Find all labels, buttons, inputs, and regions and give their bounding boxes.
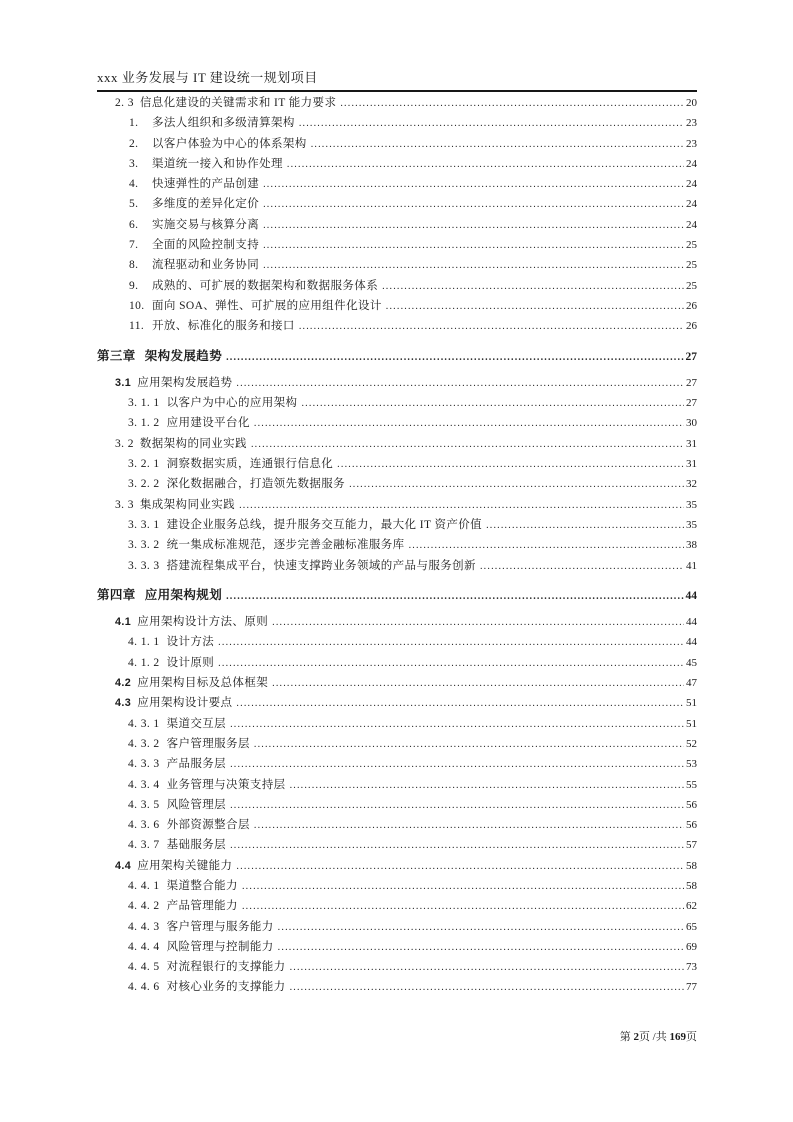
- toc-leader-dots: ........................................…: [242, 877, 684, 897]
- toc-entry-number: 4. 4. 6: [128, 977, 160, 997]
- toc-entry[interactable]: 4. 4. 4风险管理与控制能力........................…: [97, 937, 697, 957]
- toc-entry-text: 产品管理能力: [167, 896, 238, 916]
- toc-entry[interactable]: 3. 2. 2深化数据融合，打造领先数据服务..................…: [97, 474, 697, 494]
- toc-entry-number: 4.3: [115, 693, 131, 713]
- toc-entry[interactable]: 3. 2数据架构的同业实践...........................…: [97, 434, 697, 454]
- toc-leader-dots: ........................................…: [263, 216, 684, 236]
- toc-entry-number: 4. 1. 2: [128, 653, 160, 673]
- toc-leader-dots: ........................................…: [272, 674, 684, 694]
- toc-entry-text: 面向 SOA、弹性、可扩展的应用组件化设计: [152, 296, 382, 316]
- toc-entry-number: 6.: [129, 215, 150, 235]
- toc-entry[interactable]: 4. 1. 2设计原则.............................…: [97, 653, 697, 673]
- toc-entry-text: 以客户为中心的应用架构: [167, 393, 298, 413]
- toc-entry-text: 全面的风险控制支持: [152, 235, 259, 255]
- footer-total-pages: 169: [670, 1031, 687, 1043]
- toc-entry[interactable]: 6.实施交易与核算分离.............................…: [97, 215, 697, 235]
- toc-entry[interactable]: 4. 4. 6对核心业务的支撑能力.......................…: [97, 977, 697, 997]
- header-title: xxx 业务发展与 IT 建设统一规划项目: [97, 70, 318, 85]
- toc-entry[interactable]: 3.1应用架构发展趋势.............................…: [97, 373, 697, 393]
- toc-page-number: 58: [686, 856, 697, 876]
- toc-leader-dots: ........................................…: [230, 755, 684, 775]
- toc-entry-text: 信息化建设的关键需求和 IT 能力要求: [140, 93, 337, 113]
- toc-page-number: 25: [686, 235, 697, 255]
- toc-leader-dots: ........................................…: [386, 297, 684, 317]
- toc-entry-text: 风险管理层: [167, 795, 227, 815]
- toc-entry-text: 客户管理与服务能力: [167, 917, 274, 937]
- toc-entry-number: 4.: [129, 174, 150, 194]
- toc-entry-text: 搭建流程集成平台，快速支撑跨业务领域的产品与服务创新: [167, 556, 476, 576]
- toc-entry-text: 应用架构目标及总体框架: [137, 673, 268, 693]
- toc-leader-dots: ........................................…: [278, 918, 684, 938]
- toc-leader-dots: ........................................…: [226, 587, 683, 607]
- footer-page-middle: 页 /共: [639, 1031, 670, 1043]
- toc-leader-dots: ........................................…: [254, 735, 684, 755]
- toc-leader-dots: ........................................…: [236, 374, 684, 394]
- toc-page-number: 27: [686, 393, 697, 413]
- toc-entry[interactable]: 4.1应用架构设计方法、原则..........................…: [97, 612, 697, 632]
- toc-entry-number: 3. 3. 3: [128, 556, 160, 576]
- toc-page-number: 41: [686, 556, 697, 576]
- toc-entry-number: 3. 2: [115, 434, 134, 454]
- toc-entry[interactable]: 4. 3. 4业务管理与决策支持层.......................…: [97, 775, 697, 795]
- toc-leader-dots: ........................................…: [409, 536, 684, 556]
- toc-entry-number: 8.: [129, 255, 150, 275]
- toc-leader-dots: ........................................…: [236, 694, 684, 714]
- toc-entry-number: 4. 3. 4: [128, 775, 160, 795]
- toc-entry-number: 4. 3. 3: [128, 754, 160, 774]
- toc-entry[interactable]: 3. 3. 1建设企业服务总线，提升服务交互能力，最大化 IT 资产价值....…: [97, 515, 697, 535]
- toc-entry[interactable]: 4. 4. 2产品管理能力...........................…: [97, 896, 697, 916]
- toc-page-number: 56: [686, 815, 697, 835]
- toc-entry[interactable]: 3. 1. 1以客户为中心的应用架构......................…: [97, 393, 697, 413]
- toc-entry[interactable]: 第四章应用架构规划...............................…: [97, 585, 697, 605]
- toc-page-number: 65: [686, 917, 697, 937]
- page-header: xxx 业务发展与 IT 建设统一规划项目: [97, 67, 697, 92]
- toc-entry-text: 外部资源整合层: [167, 815, 250, 835]
- toc-page-number: 69: [686, 937, 697, 957]
- toc-entry[interactable]: 11.开放、标准化的服务和接口.........................…: [97, 316, 697, 336]
- toc-leader-dots: ........................................…: [299, 317, 684, 337]
- toc-entry-text: 应用架构关键能力: [137, 856, 232, 876]
- toc-leader-dots: ........................................…: [254, 816, 684, 836]
- toc-entry-text: 成熟的、可扩展的数据架构和数据服务体系: [152, 276, 378, 296]
- toc-entry[interactable]: 4.4应用架构关键能力.............................…: [97, 856, 697, 876]
- page-footer: 第 2页 /共 169页: [97, 1028, 697, 1044]
- toc-leader-dots: ........................................…: [278, 938, 684, 958]
- toc-entry-number: 4. 3. 1: [128, 714, 160, 734]
- toc-page-number: 51: [686, 693, 697, 713]
- toc-entry-text: 设计原则: [167, 653, 215, 673]
- toc-entry-text: 实施交易与核算分离: [152, 215, 259, 235]
- toc-entry-number: 10.: [129, 296, 150, 316]
- toc-leader-dots: ........................................…: [301, 394, 684, 414]
- toc-entry[interactable]: 4.3应用架构设计要点.............................…: [97, 693, 697, 713]
- toc-page-number: 44: [686, 612, 697, 632]
- toc-entry-number: 3. 1. 1: [128, 393, 160, 413]
- toc-entry-number: 3. 3. 1: [128, 515, 160, 535]
- toc-entry[interactable]: 3. 3. 3搭建流程集成平台，快速支撑跨业务领域的产品与服务创新.......…: [97, 556, 697, 576]
- toc-entry[interactable]: 8.流程驱动和业务协同.............................…: [97, 255, 697, 275]
- toc-entry-number: 4. 4. 4: [128, 937, 160, 957]
- toc-leader-dots: ........................................…: [230, 836, 684, 856]
- toc-entry-text: 设计方法: [167, 632, 215, 652]
- toc-entry-number: 4. 4. 2: [128, 896, 160, 916]
- toc-entry-number: 3. 1. 2: [128, 413, 160, 433]
- toc-entry-number: 4. 3. 2: [128, 734, 160, 754]
- toc-entry-text: 风险管理与控制能力: [167, 937, 274, 957]
- toc-leader-dots: ........................................…: [290, 958, 684, 978]
- toc-entry-text: 渠道统一接入和协作处理: [152, 154, 283, 174]
- toc-leader-dots: ........................................…: [263, 256, 684, 276]
- toc-entry-number: 4. 4. 5: [128, 957, 160, 977]
- toc-page-number: 45: [686, 653, 697, 673]
- toc-entry-text: 统一集成标准规范，逐步完善金融标准服务库: [167, 535, 405, 555]
- toc-entry-text: 产品服务层: [167, 754, 227, 774]
- toc-entry-number: 2. 3: [115, 93, 134, 113]
- toc-entry[interactable]: 5.多维度的差异化定价.............................…: [97, 194, 697, 214]
- toc-leader-dots: ........................................…: [340, 94, 684, 114]
- toc-entry-number: 3. 2. 1: [128, 454, 160, 474]
- toc-page-number: 47: [686, 673, 697, 693]
- toc-leader-dots: ........................................…: [263, 236, 684, 256]
- toc-entry-number: 4. 1. 1: [128, 632, 160, 652]
- toc-page-number: 26: [686, 296, 697, 316]
- toc-entry-number: 3.: [129, 154, 150, 174]
- toc-page-number: 25: [686, 276, 697, 296]
- toc-entry[interactable]: 3. 3集成架构同业实践............................…: [97, 495, 697, 515]
- toc-leader-dots: ........................................…: [254, 414, 684, 434]
- footer-page-suffix: 页: [686, 1031, 697, 1043]
- toc-entry-text: 架构发展趋势: [145, 346, 222, 366]
- toc-entry[interactable]: 4. 3. 5风险管理层............................…: [97, 795, 697, 815]
- toc-entry-number: 5.: [129, 194, 150, 214]
- toc-page-number: 62: [686, 896, 697, 916]
- toc-entry[interactable]: 第三章架构发展趋势...............................…: [97, 346, 697, 366]
- toc-entry-text: 业务管理与决策支持层: [167, 775, 286, 795]
- toc-leader-dots: ........................................…: [311, 135, 684, 155]
- toc-entry-number: 4. 3. 5: [128, 795, 160, 815]
- toc-entry[interactable]: 1.多法人组织和多级清算架构..........................…: [97, 113, 697, 133]
- toc-page-number: 24: [686, 154, 697, 174]
- toc-entry-number: 11.: [129, 316, 150, 336]
- toc-entry-text: 应用建设平台化: [167, 413, 250, 433]
- toc-entry-number: 3.1: [115, 373, 131, 393]
- toc-entry-text: 多法人组织和多级清算架构: [152, 113, 295, 133]
- toc-page-number: 51: [686, 714, 697, 734]
- toc-entry-text: 建设企业服务总线，提升服务交互能力，最大化 IT 资产价值: [167, 515, 483, 535]
- toc-entry[interactable]: 2. 3信息化建设的关键需求和 IT 能力要求.................…: [97, 93, 697, 113]
- toc-page-number: 27: [686, 373, 697, 393]
- toc-leader-dots: ........................................…: [263, 195, 684, 215]
- toc-entry[interactable]: 2.以客户体验为中心的体系架构.........................…: [97, 134, 697, 154]
- toc-entry-number: 7.: [129, 235, 150, 255]
- toc-page-number: 56: [686, 795, 697, 815]
- toc-page-number: 38: [686, 535, 697, 555]
- toc-leader-dots: ........................................…: [349, 475, 684, 495]
- toc-entry[interactable]: 3. 2. 1洞察数据实质，连通银行信息化...................…: [97, 454, 697, 474]
- toc-entry-number: 4.4: [115, 856, 131, 876]
- toc-entry-text: 基础服务层: [167, 835, 227, 855]
- toc-page-number: 55: [686, 775, 697, 795]
- toc-page-number: 35: [686, 515, 697, 535]
- toc-entry-text: 洞察数据实质，连通银行信息化: [167, 454, 334, 474]
- toc-leader-dots: ........................................…: [287, 155, 684, 175]
- toc-entry[interactable]: 4. 4. 1渠道整合能力...........................…: [97, 876, 697, 896]
- toc-entry[interactable]: 4. 3. 7基础服务层............................…: [97, 835, 697, 855]
- toc-page-number: 30: [686, 413, 697, 433]
- toc-entry-text: 快速弹性的产品创建: [152, 174, 259, 194]
- toc-page-number: 27: [686, 347, 698, 367]
- toc-page-number: 24: [686, 174, 697, 194]
- toc-page-number: 31: [686, 454, 697, 474]
- toc-page-number: 25: [686, 255, 697, 275]
- toc-entry-text: 渠道整合能力: [167, 876, 238, 896]
- toc-entry[interactable]: 4. 3. 6外部资源整合层..........................…: [97, 815, 697, 835]
- toc-entry[interactable]: 4. 3. 3产品服务层............................…: [97, 754, 697, 774]
- toc-leader-dots: ........................................…: [263, 175, 684, 195]
- toc-entry-number: 1.: [129, 113, 150, 133]
- document-page: xxx 业务发展与 IT 建设统一规划项目 2. 3信息化建设的关键需求和 IT…: [0, 0, 793, 1122]
- toc-leader-dots: ........................................…: [272, 613, 684, 633]
- toc-entry[interactable]: 4. 4. 3客户管理与服务能力........................…: [97, 917, 697, 937]
- toc-entry-number: 3. 3: [115, 495, 134, 515]
- toc-entry[interactable]: 4. 4. 5对流程银行的支撑能力.......................…: [97, 957, 697, 977]
- toc-page-number: 23: [686, 113, 697, 133]
- toc-leader-dots: ........................................…: [242, 897, 684, 917]
- toc-entry-number: 3. 3. 2: [128, 535, 160, 555]
- toc-page-number: 24: [686, 194, 697, 214]
- toc-entry-number: 4. 3. 6: [128, 815, 160, 835]
- toc-page-number: 73: [686, 957, 697, 977]
- toc-entry-text: 集成架构同业实践: [140, 495, 235, 515]
- toc-leader-dots: ........................................…: [251, 435, 684, 455]
- toc-entry[interactable]: 3.渠道统一接入和协作处理...........................…: [97, 154, 697, 174]
- toc-entry-number: 第四章: [97, 585, 136, 605]
- toc-entry[interactable]: 4. 3. 2客户管理服务层..........................…: [97, 734, 697, 754]
- toc-page-number: 35: [686, 495, 697, 515]
- toc-entry-number: 4. 3. 7: [128, 835, 160, 855]
- toc-entry-text: 多维度的差异化定价: [152, 194, 259, 214]
- toc-entry-text: 对流程银行的支撑能力: [167, 957, 286, 977]
- toc-entry-text: 应用架构设计要点: [137, 693, 232, 713]
- toc-entry-number: 4.2: [115, 673, 131, 693]
- toc-leader-dots: ........................................…: [382, 277, 684, 297]
- toc-entry-number: 第三章: [97, 346, 136, 366]
- toc-leader-dots: ........................................…: [218, 654, 684, 674]
- toc-entry-text: 流程驱动和业务协同: [152, 255, 259, 275]
- toc-page-number: 20: [686, 93, 697, 113]
- toc-entry-text: 渠道交互层: [167, 714, 227, 734]
- toc-page-number: 77: [686, 977, 697, 997]
- toc-entry-text: 深化数据融合，打造领先数据服务: [167, 474, 346, 494]
- toc-entry-text: 数据架构的同业实践: [140, 434, 247, 454]
- toc-entry-text: 以客户体验为中心的体系架构: [152, 134, 307, 154]
- toc-entry-text: 客户管理服务层: [167, 734, 250, 754]
- toc-leader-dots: ........................................…: [226, 348, 683, 368]
- toc-entry[interactable]: 4.2应用架构目标及总体框架..........................…: [97, 673, 697, 693]
- toc-entry[interactable]: 10.面向 SOA、弹性、可扩展的应用组件化设计................…: [97, 296, 697, 316]
- footer-page-prefix: 第: [620, 1031, 634, 1043]
- toc-entry[interactable]: 7.全面的风险控制支持.............................…: [97, 235, 697, 255]
- toc-page-number: 31: [686, 434, 697, 454]
- toc-leader-dots: ........................................…: [299, 114, 684, 134]
- toc-leader-dots: ........................................…: [290, 776, 684, 796]
- toc-entry[interactable]: 3. 1. 2应用建设平台化..........................…: [97, 413, 697, 433]
- toc-page-number: 44: [686, 586, 698, 606]
- toc-leader-dots: ........................................…: [218, 633, 684, 653]
- toc-page-number: 58: [686, 876, 697, 896]
- toc-entry-text: 应用架构发展趋势: [137, 373, 232, 393]
- toc-page-number: 52: [686, 734, 697, 754]
- toc-entry-number: 9.: [129, 276, 150, 296]
- toc-entry-text: 开放、标准化的服务和接口: [152, 316, 295, 336]
- toc-leader-dots: ........................................…: [337, 455, 684, 475]
- toc-leader-dots: ........................................…: [486, 516, 684, 536]
- toc-page-number: 23: [686, 134, 697, 154]
- toc-entry[interactable]: 9.成熟的、可扩展的数据架构和数据服务体系...................…: [97, 276, 697, 296]
- toc-page-number: 32: [686, 474, 697, 494]
- toc-leader-dots: ........................................…: [480, 557, 684, 577]
- toc-leader-dots: ........................................…: [290, 978, 684, 998]
- toc-entry-number: 4.1: [115, 612, 131, 632]
- toc-entry[interactable]: 3. 3. 2统一集成标准规范，逐步完善金融标准服务库.............…: [97, 535, 697, 555]
- toc-page-number: 57: [686, 835, 697, 855]
- toc-leader-dots: ........................................…: [230, 796, 684, 816]
- toc-entry-text: 对核心业务的支撑能力: [167, 977, 286, 997]
- toc-page-number: 26: [686, 316, 697, 336]
- toc-entry-text: 应用架构设计方法、原则: [137, 612, 268, 632]
- toc-leader-dots: ........................................…: [239, 496, 684, 516]
- toc-entry-number: 3. 2. 2: [128, 474, 160, 494]
- toc-entry-number: 4. 4. 3: [128, 917, 160, 937]
- toc-entry-text: 应用架构规划: [145, 585, 222, 605]
- toc-entry-number: 4. 4. 1: [128, 876, 160, 896]
- table-of-contents: 2. 3信息化建设的关键需求和 IT 能力要求.................…: [97, 93, 697, 998]
- toc-entry[interactable]: 4. 1. 1设计方法.............................…: [97, 632, 697, 652]
- toc-entry-number: 2.: [129, 134, 150, 154]
- toc-leader-dots: ........................................…: [230, 715, 684, 735]
- toc-leader-dots: ........................................…: [236, 857, 684, 877]
- toc-page-number: 24: [686, 215, 697, 235]
- toc-entry[interactable]: 4. 3. 1渠道交互层............................…: [97, 714, 697, 734]
- toc-entry[interactable]: 4.快速弹性的产品创建.............................…: [97, 174, 697, 194]
- toc-page-number: 53: [686, 754, 697, 774]
- toc-page-number: 44: [686, 632, 697, 652]
